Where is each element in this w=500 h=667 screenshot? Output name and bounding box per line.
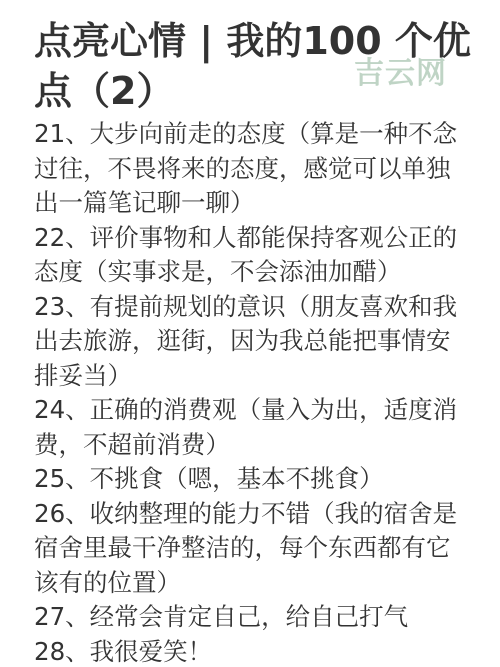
list-item: 27、经常会肯定自己，给自己打气 [34, 600, 464, 635]
list-item: 22、评价事物和人都能保持客观公正的态度（实事求是，不会添油加醋） [34, 221, 464, 290]
list-item: 24、正确的消费观（量入为出，适度消费，不超前消费） [34, 393, 464, 462]
list-item: 25、不挑食（嗯，基本不挑食） [34, 462, 464, 497]
watermark-logo: 吉云网 [354, 48, 447, 92]
list-item: 21、大步向前走的态度（算是一种不念过往，不畏将来的态度，感觉可以单独出一篇笔记… [34, 117, 464, 221]
merits-list: 21、大步向前走的态度（算是一种不念过往，不畏将来的态度，感觉可以单独出一篇笔记… [34, 117, 464, 667]
list-item: 23、有提前规划的意识（朋友喜欢和我出去旅游，逛街，因为我总能把事情安排妥当） [34, 290, 464, 394]
list-item: 28、我很爱笑！ [34, 635, 464, 667]
list-item: 26、收纳整理的能力不错（我的宿舍是宿舍里最干净整洁的，每个东西都有它该有的位置… [34, 497, 464, 601]
